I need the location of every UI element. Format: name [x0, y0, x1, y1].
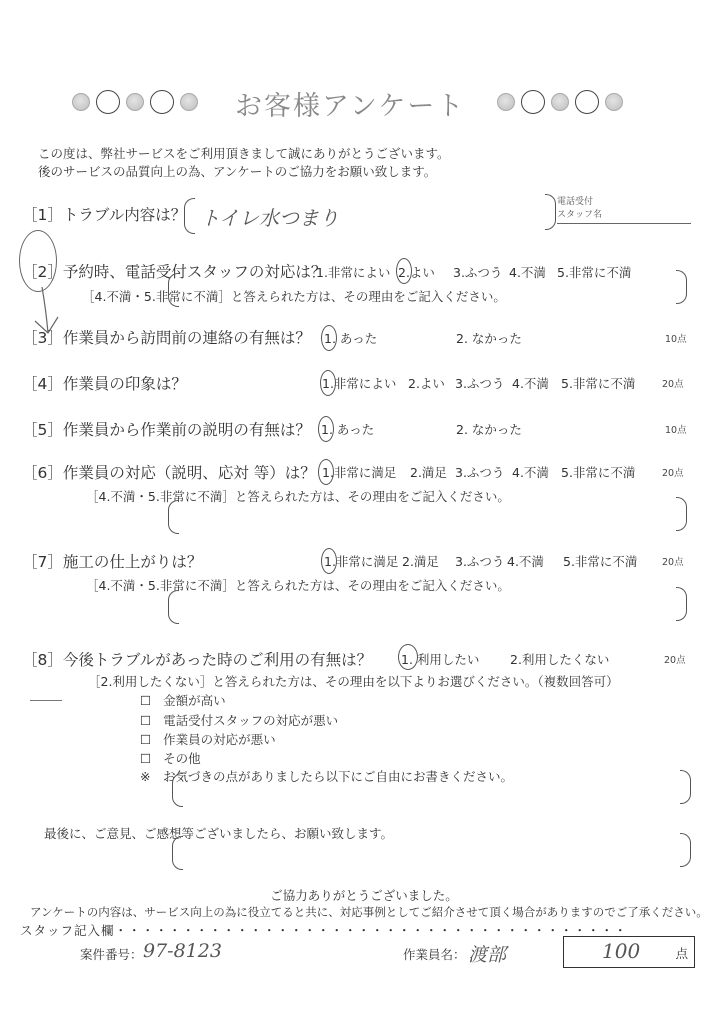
question-text: 施工の仕上がりは？ [63, 553, 203, 571]
q6-option-2[interactable]: 2.満足 [410, 463, 447, 481]
ring-circle-icon [575, 90, 599, 114]
filled-circle-icon [126, 93, 144, 111]
checkbox-label: 金額が高い [163, 693, 226, 708]
checkbox-icon[interactable]: ☐ [140, 751, 151, 766]
q6-reason-bracket-left [168, 500, 179, 534]
q3-option-2[interactable]: 2. なかった [456, 329, 522, 347]
checkbox-other[interactable]: ☐ その他 [140, 749, 201, 767]
comments-bracket-right [680, 833, 691, 867]
score-unit: 点 [675, 944, 688, 962]
intro-text: この度は、弊社サービスをご利用頂きまして誠にありがとうございます。 後のサービス… [38, 145, 450, 181]
q7-option-4[interactable]: 4.不満 [507, 552, 544, 570]
question-4: ［4］作業員の印象は？ [22, 372, 187, 394]
handwritten-dash-mark [30, 700, 62, 701]
disclaimer-text: アンケートの内容は、サービス向上の為に役立てると共に、対応事例としてご紹介させて… [30, 904, 708, 920]
checkbox-price-high[interactable]: ☐ 金額が高い [140, 691, 226, 709]
worker-name-label: 作業員名： [403, 945, 466, 963]
question-number: ［2］ [22, 263, 63, 281]
worker-name-field[interactable]: 渡部 [468, 940, 506, 967]
checkbox-icon[interactable]: ☐ [140, 693, 151, 708]
score-value: 100 [602, 939, 640, 963]
question-number: ［8］ [22, 651, 63, 669]
q4-option-2[interactable]: 2.よい [408, 374, 445, 392]
q5-option-2[interactable]: 2. なかった [456, 420, 522, 438]
q4-option-3[interactable]: 3.ふつう [455, 374, 504, 392]
ring-circle-icon [521, 90, 545, 114]
question-number: ［3］ [22, 329, 63, 347]
free-comment-field[interactable] [184, 775, 679, 805]
question-number: ［4］ [22, 375, 63, 393]
q4-option-1[interactable]: 1.非常によい [322, 374, 396, 392]
q6-option-3[interactable]: 3.ふつう [455, 463, 504, 481]
q5-points: 10点 [665, 422, 687, 436]
left-ornament [72, 90, 198, 114]
q8-option-2[interactable]: 2.利用したくない [510, 650, 609, 668]
filled-circle-icon [497, 93, 515, 111]
q6-option-4[interactable]: 4.不満 [512, 463, 549, 481]
staff-label-line-2: スタッフ名 [557, 209, 602, 222]
q7-reason-field[interactable] [180, 592, 675, 622]
checkbox-worker-bad[interactable]: ☐ 作業員の対応が悪い [140, 730, 276, 748]
q6-reason-field[interactable] [180, 502, 675, 532]
survey-title: お客様アンケート [235, 84, 465, 123]
q2-reason-bracket-left [168, 273, 179, 307]
free-comment-bracket-right [680, 770, 691, 804]
q4-points: 20点 [662, 376, 684, 390]
question-text: 作業員の対応（説明、応対 等）は？ [63, 464, 316, 482]
filled-circle-icon [551, 93, 569, 111]
q3-points: 10点 [665, 331, 687, 345]
q8-points: 20点 [664, 652, 686, 666]
q7-option-1[interactable]: 1.非常に満足 [324, 552, 398, 570]
question-number: ［6］ [22, 464, 63, 482]
q7-reason-bracket-left [168, 590, 179, 624]
question-6: ［6］作業員の対応（説明、応対 等）は？ [22, 461, 316, 483]
filled-circle-icon [72, 93, 90, 111]
q6-reason-bracket-right [676, 497, 687, 531]
question-7: ［7］施工の仕上がりは？ [22, 550, 202, 572]
q6-option-1[interactable]: 1.非常に満足 [322, 463, 396, 481]
question-number: ［5］ [22, 421, 63, 439]
staff-label-line-1: 電話受付 [557, 196, 602, 209]
thanks-text: ご協力ありがとうございました。 [0, 886, 728, 904]
question-1: ［1］トラブル内容は？ [22, 203, 186, 225]
case-number-field[interactable]: 97-8123 [143, 940, 222, 962]
score-box[interactable]: 100 点 [563, 936, 695, 968]
answer-bracket-left [184, 198, 195, 234]
question-number: ［7］ [22, 553, 63, 571]
question-text: 作業員の印象は？ [63, 375, 187, 393]
question-8: ［8］今後トラブルがあった時のご利用の有無は？ [22, 648, 372, 670]
survey-header: お客様アンケート [0, 84, 728, 124]
case-number-label: 案件番号： [80, 945, 143, 963]
staff-name-field[interactable] [557, 223, 691, 224]
q6-points: 20点 [662, 465, 684, 479]
question-3: ［3］作業員から訪問前の連絡の有無は？ [22, 326, 311, 348]
q7-option-2[interactable]: 2.満足 [402, 552, 439, 570]
comments-field[interactable] [184, 838, 679, 868]
question-text: 作業員から訪問前の連絡の有無は？ [63, 329, 311, 347]
filled-circle-icon [180, 93, 198, 111]
ring-circle-icon [96, 90, 120, 114]
ring-circle-icon [150, 90, 174, 114]
filled-circle-icon [605, 93, 623, 111]
checkbox-label: その他 [163, 751, 201, 766]
question-text: 今後トラブルがあった時のご利用の有無は？ [63, 651, 372, 669]
checkbox-icon[interactable]: ☐ [140, 732, 151, 747]
answer-bracket-right [545, 194, 556, 230]
q5-option-1[interactable]: 1. あった [321, 420, 374, 438]
checkbox-icon[interactable]: ☐ [140, 713, 151, 728]
q1-answer-field[interactable]: トイレ水つまり [200, 202, 339, 231]
checkbox-label: 作業員の対応が悪い [163, 732, 276, 747]
question-number: ［1］ [22, 206, 63, 224]
q4-option-5[interactable]: 5.非常に不満 [561, 374, 635, 392]
free-comment-bracket-left [172, 773, 183, 807]
intro-line-2: 後のサービスの品質向上の為、アンケートのご協力をお願い致します。 [38, 163, 450, 181]
checkbox-label: 電話受付スタッフの対応が悪い [163, 713, 338, 728]
question-text: トラブル内容は？ [63, 206, 186, 224]
q7-option-5[interactable]: 5.非常に不満 [563, 552, 637, 570]
q6-option-5[interactable]: 5.非常に不満 [561, 463, 635, 481]
question-text: 作業員から作業前の説明の有無は？ [63, 421, 311, 439]
question-5: ［5］作業員から作業前の説明の有無は？ [22, 418, 311, 440]
staff-section-label: スタッフ記入欄・・・・・・・・・・・・・・・・・・・・・・・・・・・・・・・・・… [20, 921, 628, 939]
q3-option-1[interactable]: 1. あった [324, 329, 377, 347]
comments-bracket-left [172, 836, 183, 870]
q7-option-3[interactable]: 3.ふつう [455, 552, 504, 570]
q8-reason-prompt: ［2.利用したくない］と答えられた方は、その理由を以下よりお選びください。（複数… [88, 672, 619, 690]
checkbox-phone-staff-bad[interactable]: ☐ 電話受付スタッフの対応が悪い [140, 711, 338, 729]
q2-reason-field[interactable] [180, 275, 675, 305]
q7-points: 20点 [662, 554, 684, 568]
intro-line-1: この度は、弊社サービスをご利用頂きまして誠にありがとうございます。 [38, 145, 450, 163]
q2-reason-bracket-right [676, 270, 687, 304]
right-ornament [497, 90, 623, 114]
q8-option-1[interactable]: 1. 利用したい [401, 650, 479, 668]
q7-reason-bracket-right [676, 587, 687, 621]
staff-name-label: 電話受付 スタッフ名 [557, 196, 602, 222]
q4-option-4[interactable]: 4.不満 [512, 374, 549, 392]
